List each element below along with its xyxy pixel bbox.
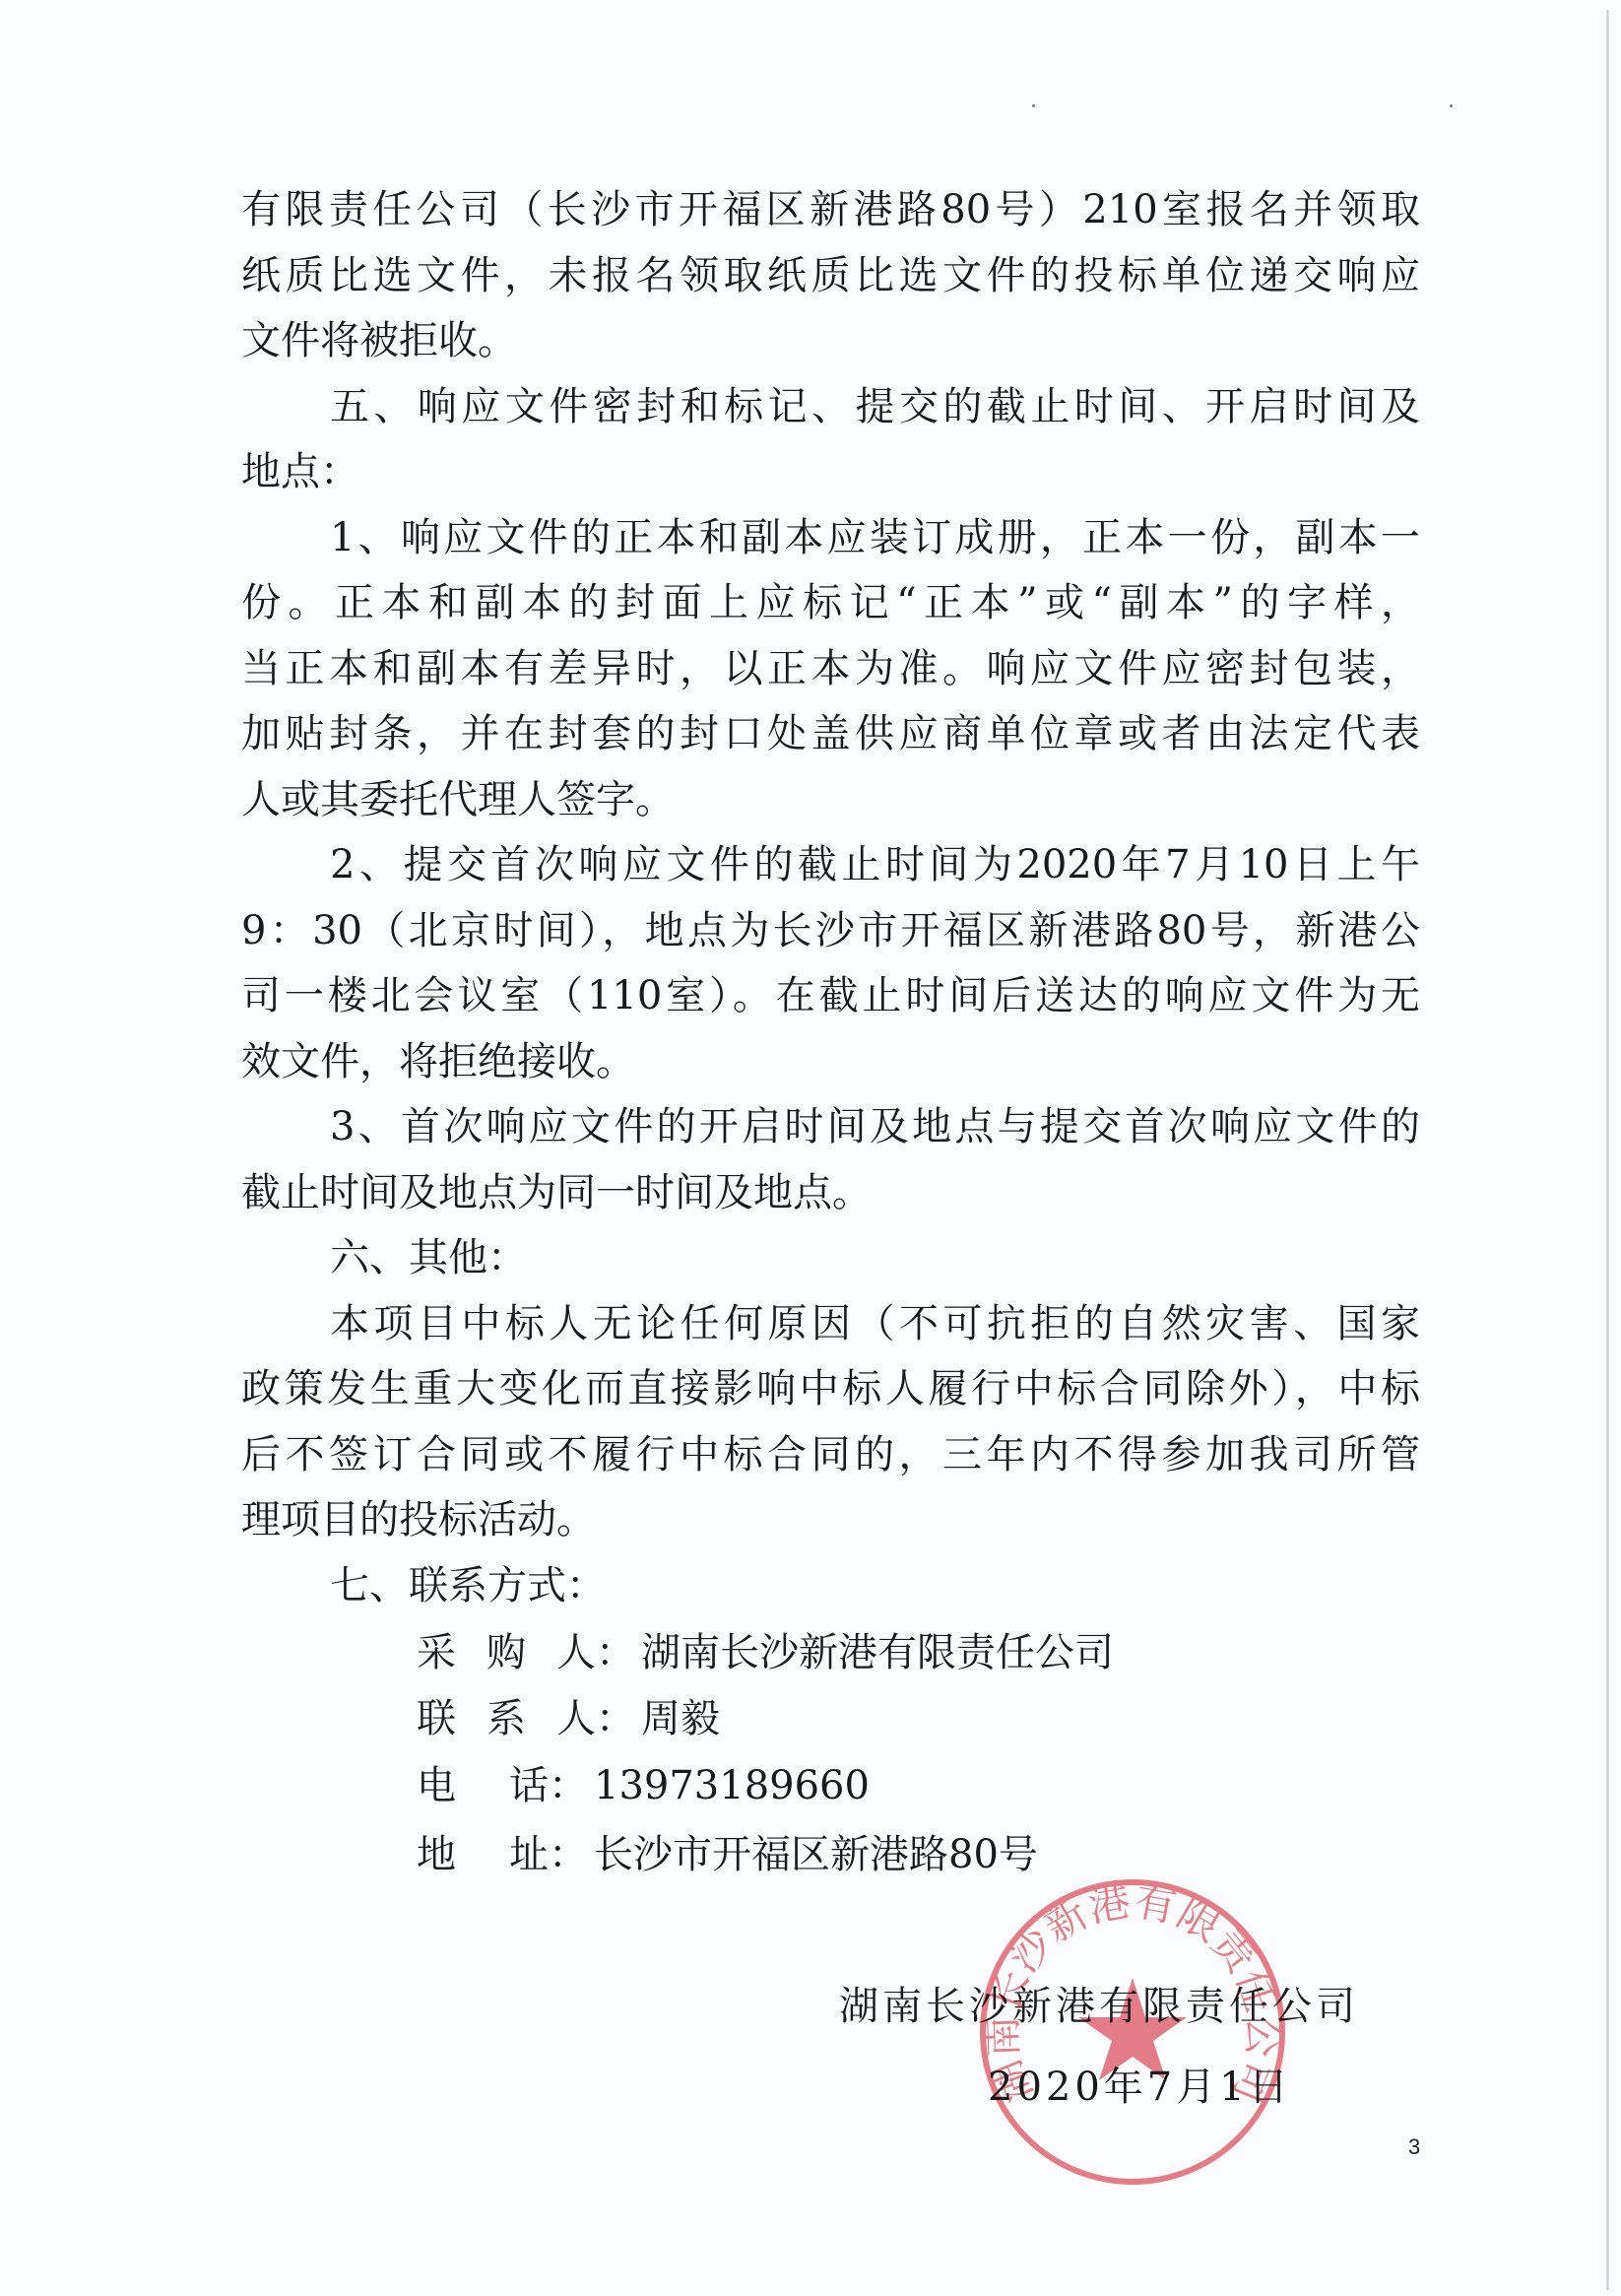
text-line: 加贴封条，并在封套的封口处盖供应商单位章或者由法定代表 bbox=[241, 709, 1420, 758]
section-heading-5: 五、响应文件密封和标记、提交的截止时间、开启时间及 bbox=[330, 382, 1420, 431]
text-line: 9：30（北京时间），地点为长沙市开福区新港路80号，新港公 bbox=[241, 906, 1420, 955]
text-line: 效文件，将拒绝接收。 bbox=[241, 1037, 1420, 1086]
text-line: 2、提交首次响应文件的截止时间为2020年7月10日上午 bbox=[330, 840, 1420, 889]
page-number: 3 bbox=[1408, 2133, 1420, 2161]
text-line: 后不签订合同或不履行中标合同的，三年内不得参加我司所管 bbox=[241, 1430, 1420, 1479]
colon: ： bbox=[549, 1763, 588, 1808]
document-page: 有限责任公司（长沙市开福区新港路80号）210室报名并领取 纸质比选文件，未报名… bbox=[0, 0, 1621, 2296]
contact-value: 湖南长沙新港有限责任公司 bbox=[641, 1628, 1114, 1677]
contact-value: 长沙市开福区新港路80号 bbox=[594, 1830, 1038, 1879]
text-line: 政策发生重大变化而直接影响中标人履行中标合同除外），中标 bbox=[241, 1364, 1420, 1413]
contact-label: 联系人 bbox=[417, 1694, 596, 1743]
text-line: 截止时间及地点为同一时间及地点。 bbox=[241, 1168, 1420, 1217]
text-line: 当正本和副本有差异时，以正本为准。响应文件应密封包装， bbox=[241, 644, 1420, 693]
colon: ： bbox=[596, 1696, 635, 1741]
text-line: 理项目的投标活动。 bbox=[241, 1495, 1420, 1544]
text-line: 文件将被拒收。 bbox=[241, 316, 1420, 365]
text-line: 纸质比选文件，未报名领取纸质比选文件的投标单位递交响应 bbox=[241, 251, 1420, 300]
section-heading-6: 六、其他： bbox=[330, 1233, 1420, 1282]
scan-speck bbox=[1450, 104, 1453, 107]
section-heading-7: 七、联系方式： bbox=[330, 1561, 1420, 1610]
contact-phone: 电话：13973189660 bbox=[417, 1761, 870, 1810]
contact-purchaser: 采购人：湖南长沙新港有限责任公司 bbox=[417, 1628, 1114, 1677]
scan-speck bbox=[1032, 104, 1035, 107]
text-line: 地点： bbox=[241, 447, 1420, 496]
text-line: 司一楼北会议室（110室）。在截止时间后送达的响应文件为无 bbox=[241, 971, 1420, 1020]
contact-label: 地址 bbox=[417, 1830, 549, 1879]
colon: ： bbox=[549, 1832, 588, 1877]
signature-company: 湖南长沙新港有限责任公司 bbox=[839, 1982, 1359, 2031]
colon: ： bbox=[596, 1630, 635, 1675]
contact-person: 联系人：周毅 bbox=[417, 1694, 720, 1743]
contact-value: 13973189660 bbox=[594, 1761, 870, 1810]
contact-label: 采购人 bbox=[417, 1628, 596, 1677]
company-seal-icon: 湖南长沙新港有限责任公司 bbox=[978, 1877, 1287, 2187]
contact-value: 周毅 bbox=[641, 1694, 720, 1743]
scan-edge-line bbox=[1606, 10, 1609, 2290]
text-line: 有限责任公司（长沙市开福区新港路80号）210室报名并领取 bbox=[241, 185, 1420, 234]
text-line: 份。正本和副本的封面上应标记“正本”或“副本”的字样， bbox=[241, 578, 1420, 627]
text-line: 1、响应文件的正本和副本应装订成册，正本一份，副本一 bbox=[330, 513, 1420, 562]
text-line: 本项目中标人无论任何原因（不可抗拒的自然灾害、国家 bbox=[330, 1299, 1420, 1348]
signature-date: 2020年7月1日 bbox=[988, 2063, 1292, 2112]
text-line: 3、首次响应文件的开启时间及地点与提交首次响应文件的 bbox=[330, 1102, 1420, 1151]
text-line: 人或其委托代理人签字。 bbox=[241, 775, 1420, 824]
contact-label: 电话 bbox=[417, 1761, 549, 1810]
contact-address: 地址：长沙市开福区新港路80号 bbox=[417, 1830, 1038, 1879]
